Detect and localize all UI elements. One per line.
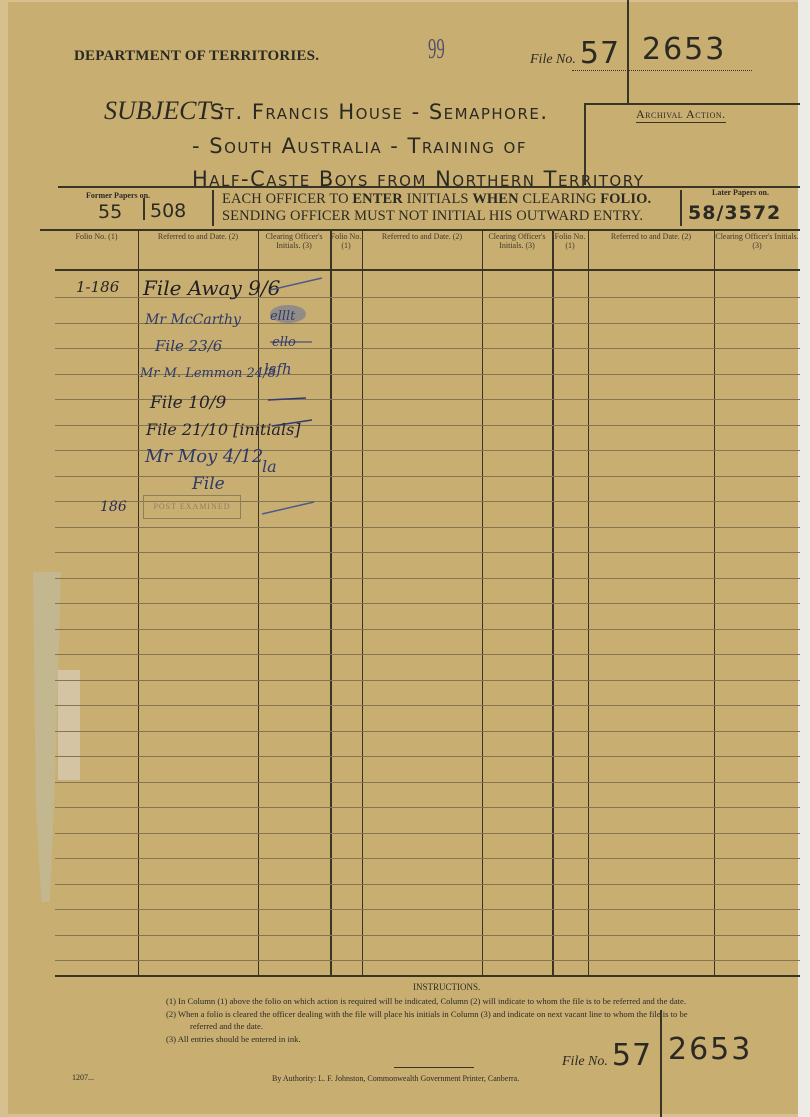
former-papers-label: Former Papers on.	[86, 191, 150, 200]
header-bottom-rule	[55, 269, 800, 271]
file-no-number: 2653	[642, 32, 726, 67]
column-divider	[362, 229, 363, 975]
footer-file-no-prefix: 57	[612, 1038, 652, 1073]
table-row	[55, 629, 800, 630]
file-no-label: File No.	[530, 52, 576, 67]
file-no-dotline	[572, 70, 752, 71]
table-row	[55, 782, 800, 783]
table-row	[55, 909, 800, 910]
subject-line-2: - South Australia - Training of	[192, 134, 527, 158]
column-divider	[588, 229, 589, 975]
folio-annotation: 99	[428, 34, 445, 66]
notice-text: EACH OFFICER TO ENTER INITIALS WHEN CLEA…	[222, 191, 651, 225]
column-header-referred: Referred to and Date. (2)	[588, 233, 714, 242]
entry-referred-3: File 23/6	[155, 337, 222, 355]
table-row	[55, 858, 800, 859]
notice-line-2: SENDING OFFICER MUST NOT INITIAL HIS OUT…	[222, 208, 651, 225]
column-header-clearing: Clearing Officer's Initials. (3)	[714, 233, 800, 250]
table-row	[55, 680, 800, 681]
dash-mark	[272, 420, 312, 426]
entry-folio-9: 186	[100, 499, 127, 515]
column-divider	[138, 229, 139, 975]
printer-authority: By Authority: L. F. Johnston, Commonweal…	[272, 1074, 519, 1083]
footer-file-no-label: File No.	[562, 1054, 608, 1069]
later-papers-label: Later Papers on.	[712, 188, 769, 197]
dash-mark	[268, 398, 306, 400]
column-divider	[552, 229, 554, 975]
initials-mark: elllt	[270, 309, 296, 324]
column-divider	[330, 229, 332, 975]
column-header-referred: Referred to and Date. (2)	[138, 233, 258, 242]
footer-file-number: File No. 57	[562, 1038, 652, 1073]
initials-column-marks: elllt ello lsfh la	[258, 270, 328, 520]
file-number: File No. 57	[530, 36, 620, 71]
instruction-2-cont: referred and the date.	[190, 1021, 263, 1032]
subject-label: SUBJECT :	[104, 96, 226, 126]
later-left-rule	[680, 190, 682, 226]
table-row	[55, 884, 800, 885]
notice-left-rule	[212, 190, 214, 226]
table-row	[55, 476, 800, 477]
notice-top-rule	[58, 186, 800, 188]
former-papers-prefix: 55	[98, 201, 122, 223]
column-header-folio: Folio No. (1)	[55, 233, 138, 242]
entry-referred-7: Mr Moy 4/12	[145, 446, 263, 467]
instructions-title: INSTRUCTIONS.	[413, 982, 480, 992]
column-header-referred: Referred to and Date. (2)	[362, 233, 482, 242]
file-no-divider	[627, 0, 629, 104]
table-row	[55, 527, 800, 528]
table-row	[55, 756, 800, 757]
column-header-folio: Folio No. (1)	[330, 233, 362, 250]
department-title: DEPARTMENT OF TERRITORIES.	[74, 48, 319, 65]
table-row	[55, 578, 800, 579]
column-header-folio: Folio No. (1)	[552, 233, 588, 250]
later-papers-value: 58/3572	[688, 202, 781, 224]
table-row	[55, 654, 800, 655]
former-divider	[143, 198, 145, 220]
instructions-top-rule	[55, 975, 800, 977]
column-divider	[714, 229, 715, 975]
table-row	[55, 935, 800, 936]
post-examined-stamp: POST EXAMINED	[143, 495, 241, 519]
entry-referred-2: Mr McCarthy	[145, 312, 241, 328]
table-row	[55, 731, 800, 732]
table-row	[55, 807, 800, 808]
instruction-3: (3) All entries should be entered in ink…	[166, 1034, 301, 1045]
former-papers-number: 508	[150, 200, 186, 222]
dash-mark	[262, 502, 314, 514]
table-row	[55, 705, 800, 706]
page-edge	[798, 0, 810, 1117]
entry-referred-4: Mr M. Lemmon 24/8	[140, 366, 276, 381]
initials-mark: la	[262, 457, 277, 476]
archival-action-label: Archival Action.	[636, 107, 726, 123]
table-row	[55, 603, 800, 604]
instruction-1: (1) In Column (1) above the folio on whi…	[166, 996, 686, 1007]
initials-mark: lsfh	[264, 360, 292, 378]
table-top-rule	[40, 229, 800, 231]
archival-box-top	[584, 103, 800, 105]
form-code: 1207...	[72, 1073, 94, 1082]
subject-line-1: St. Francis House - Semaphore.	[210, 100, 549, 124]
tape-repair	[58, 670, 80, 780]
tick-mark	[270, 278, 322, 290]
entry-folio-1: 1-186	[76, 278, 119, 296]
instruction-2: (2) When a folio is cleared the officer …	[166, 1009, 688, 1020]
notice-line-1: EACH OFFICER TO ENTER INITIALS WHEN CLEA…	[222, 191, 651, 208]
authority-rule	[394, 1067, 474, 1068]
column-header-clearing: Clearing Officer's Initials. (3)	[482, 233, 552, 250]
table-row	[55, 960, 800, 961]
file-no-prefix: 57	[580, 36, 620, 71]
footer-file-no-number: 2653	[668, 1032, 752, 1067]
column-divider	[482, 229, 483, 975]
footer-file-divider	[660, 1010, 662, 1117]
entry-referred-5: File 10/9	[150, 393, 226, 413]
table-row	[55, 552, 800, 553]
table-row	[55, 833, 800, 834]
column-header-clearing: Clearing Officer's Initials. (3)	[258, 233, 330, 250]
entry-referred-8: File	[192, 474, 225, 494]
archival-box-left	[584, 103, 586, 185]
